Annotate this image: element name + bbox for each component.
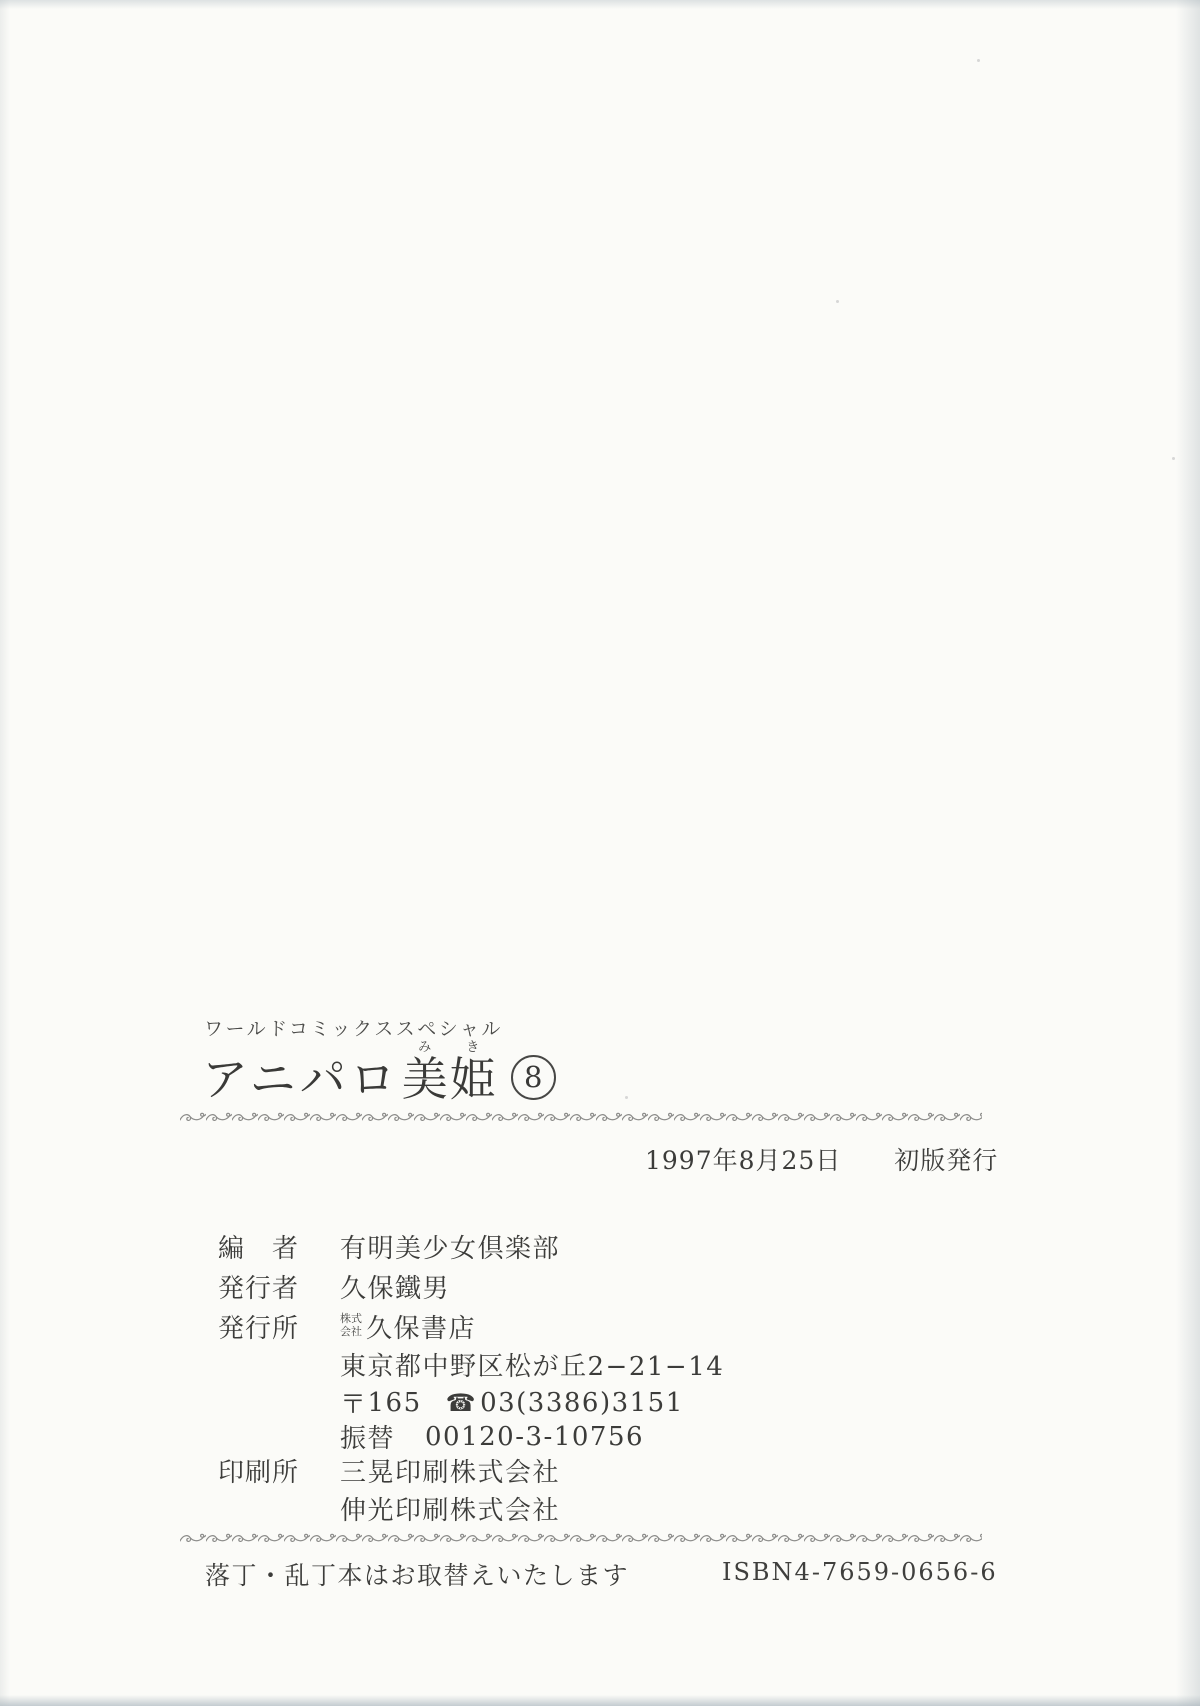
replacement-notice: 落丁・乱丁本はお取替えいたします [205, 1556, 629, 1592]
publishing-office-value: 株式 会社 久保書店 [340, 1308, 476, 1345]
postal-phone-value: 〒 165 ☎ 03(3386)3151 [340, 1384, 684, 1421]
title-kanji-1: 美 [402, 1056, 448, 1102]
title-kanji-2-unit: き 姫 [450, 1041, 496, 1102]
ornament-border-top [180, 1111, 982, 1125]
telephone-number: 03(3386)3151 [480, 1388, 684, 1418]
edition-label: 初版発行 [894, 1146, 998, 1175]
postal-code: 165 [368, 1388, 422, 1418]
editor-label: 編 者 [218, 1228, 299, 1265]
phone-group: ☎ 03(3386)3151 [446, 1388, 684, 1418]
company-type-top: 株式 [340, 1313, 362, 1326]
title-kanji-1-unit: み 美 [402, 1041, 448, 1102]
scan-shadow-left [0, 0, 10, 1706]
ornament-border-bottom [180, 1532, 982, 1546]
book-title: アニパロ み 美 き 姫 8 [202, 1041, 556, 1102]
company-type-bottom: 会社 [340, 1326, 362, 1339]
editor-value: 有明美少女倶楽部 [340, 1228, 560, 1265]
publishing-office-name: 久保書店 [366, 1308, 476, 1345]
company-type-stack: 株式 会社 [340, 1313, 362, 1338]
scan-speck [977, 59, 980, 62]
edition-date-line: 1997年8月25日 初版発行 [645, 1141, 998, 1177]
title-kana: アニパロ [202, 1056, 400, 1102]
address-value: 東京都中野区松が丘2−21−14 [340, 1346, 724, 1383]
title-kanji-2: 姫 [450, 1056, 496, 1102]
scan-speck [836, 300, 839, 303]
postal-code-group: 〒 165 [340, 1384, 422, 1421]
colophon-page: ワールドコミックススペシャル アニパロ み 美 き 姫 8 1997年8月25日… [0, 0, 1200, 1706]
publisher-value: 久保鐵男 [340, 1268, 450, 1305]
postal-transfer-value: 振替 00120-3-10756 [340, 1418, 644, 1455]
volume-circle-badge: 8 [511, 1055, 556, 1100]
isbn: ISBN4-7659-0656-6 [722, 1558, 998, 1586]
publishing-office-label: 発行所 [218, 1308, 299, 1345]
scan-shadow-bottom [0, 1695, 1200, 1706]
volume-number: 8 [524, 1063, 542, 1092]
postal-mark-icon: 〒 [340, 1384, 368, 1421]
postal-transfer-label: 振替 [340, 1418, 395, 1455]
series-title: ワールドコミックススペシャル [204, 1014, 503, 1041]
printer-2-value: 伸光印刷株式会社 [340, 1490, 560, 1527]
printer-label: 印刷所 [218, 1452, 299, 1489]
scan-shadow-right [1176, 0, 1200, 1706]
publication-info: 編 者 有明美少女倶楽部 発行者 久保鐵男 発行所 株式 会社 久保書店 東京都… [218, 1228, 978, 1528]
scan-speck [625, 1096, 628, 1099]
telephone-icon: ☎ [446, 1389, 477, 1417]
issue-date: 1997年8月25日 [645, 1146, 841, 1175]
postal-transfer-number: 00120-3-10756 [425, 1422, 644, 1452]
scan-speck [1172, 457, 1175, 460]
printer-1-value: 三晃印刷株式会社 [340, 1452, 560, 1489]
publisher-label: 発行者 [218, 1268, 299, 1305]
scan-shadow-top [0, 0, 1200, 9]
